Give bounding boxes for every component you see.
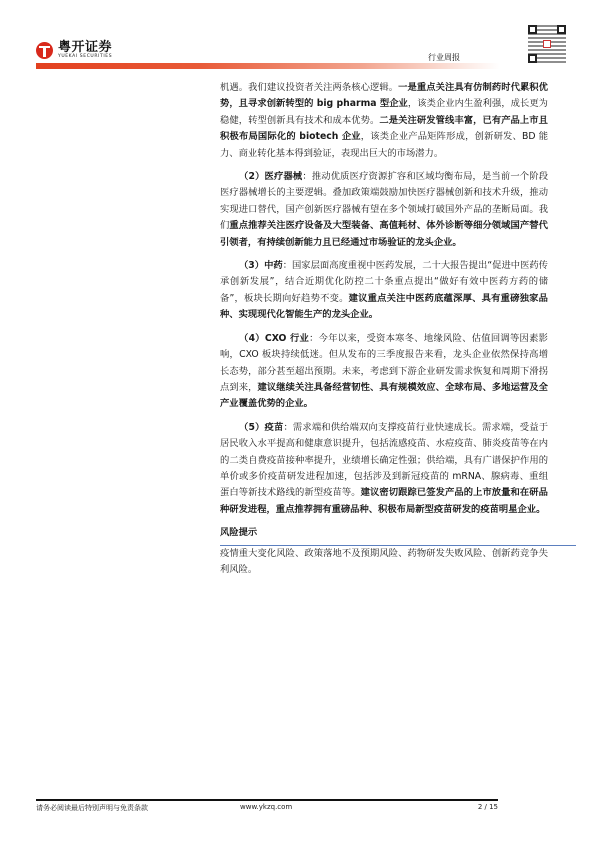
footer-website-link[interactable]: www.ykzq.com: [240, 803, 292, 811]
page-header: 粤开证券 YUEKAI SECURITIES 行业周报: [0, 0, 596, 80]
company-logo: 粤开证券 YUEKAI SECURITIES: [36, 40, 112, 60]
report-body: 机遇。我们建议投资者关注两条核心逻辑。一是重点关注具有仿制药时代累积优势，且寻求…: [220, 80, 548, 585]
report-type-label: 行业周报: [428, 52, 460, 63]
qr-finder-icon: [528, 25, 537, 34]
qr-finder-icon: [557, 25, 566, 34]
logo-text-cn: 粤开证券: [58, 41, 112, 54]
logo-icon: [36, 42, 53, 59]
paragraph-vaccine: （5）疫苗：需求端和供给端双向支撑疫苗行业快速成长。需求端，受益于居民收入水平提…: [220, 420, 548, 518]
risk-section-title: 风险提示: [220, 525, 576, 545]
header-accent-bar: [36, 63, 500, 69]
paragraph-pharma: 机遇。我们建议投资者关注两条核心逻辑。一是重点关注具有仿制药时代累积优势，且寻求…: [220, 80, 548, 162]
footer-disclaimer: 请务必阅读最后特别声明与免责条款: [36, 803, 148, 813]
paragraph-tcm: （3）中药：国家层面高度重视中医药发展，二十大报告提出“促进中医药传承创新发展”…: [220, 258, 548, 324]
qr-logo-icon: [543, 40, 551, 48]
paragraph-cxo: （4）CXO 行业：今年以来，受资本寒冬、地缘风险、估值回调等因素影响，CXO …: [220, 331, 548, 413]
qr-finder-icon: [528, 54, 537, 63]
logo-text-en: YUEKAI SECURITIES: [58, 55, 112, 60]
footer-divider: [36, 799, 498, 801]
paragraph-medical-devices: （2）医疗器械：推动优质医疗资源扩容和区域均衡布局，是当前一个阶段医疗器械增长的…: [220, 169, 548, 251]
risk-section-body: 疫情重大变化风险、政策落地不及预期风险、药物研发失败风险、创新药竞争失利风险。: [220, 546, 548, 579]
page-footer: 请务必阅读最后特别声明与免责条款 www.ykzq.com 2 / 15: [36, 803, 498, 813]
page-number: 2 / 15: [478, 803, 498, 813]
